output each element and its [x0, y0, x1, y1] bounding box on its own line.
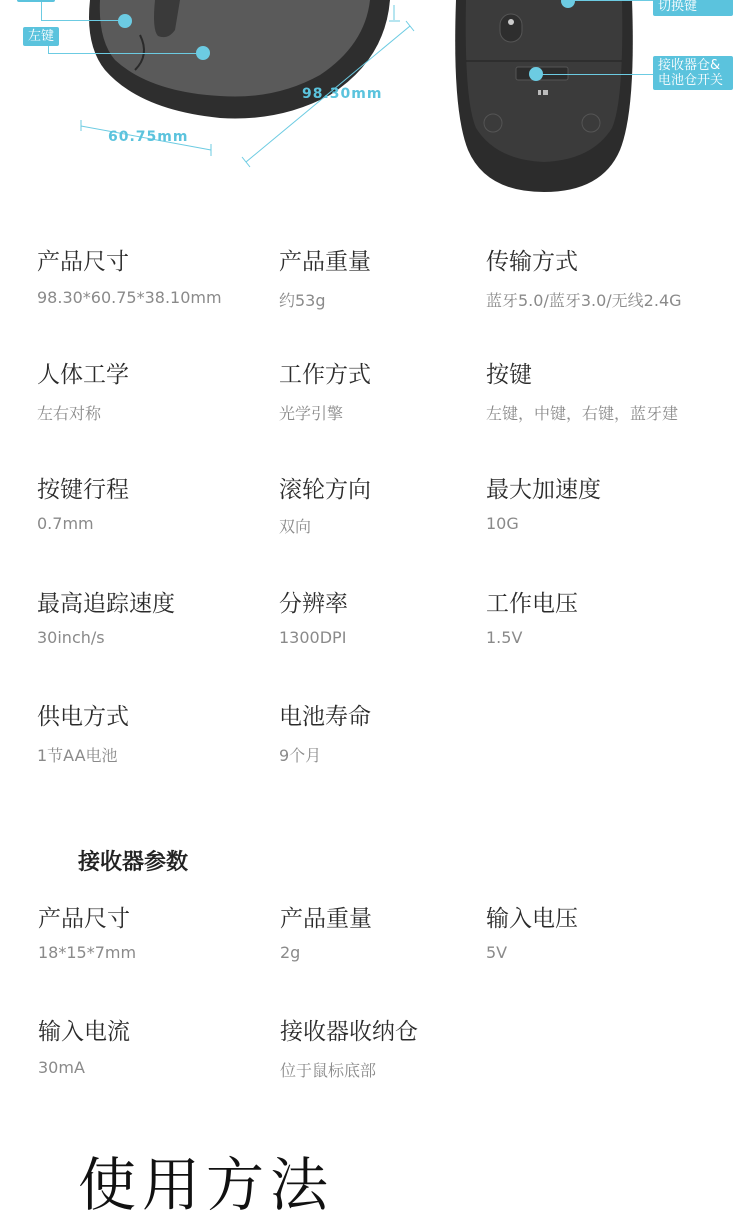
spec-label: 产品重量: [280, 900, 372, 933]
spec-value: 18*15*7mm: [38, 943, 136, 962]
spec-label: 产品尺寸: [37, 243, 129, 276]
spec-value: 左右对称: [37, 401, 101, 424]
spec-value: 左键，中键，右键，蓝牙建: [486, 401, 678, 424]
spec-value: 0.7mm: [37, 514, 94, 533]
spec-value: 1.5V: [486, 628, 522, 647]
spec-label: 传输方式: [486, 243, 578, 276]
callout-line: [540, 74, 654, 75]
product-image-area: 左键 60.75mm 98.30mm 切换键 接收器仓& 电池仓开关: [0, 0, 748, 200]
spec-label: 接收器收纳仓: [280, 1013, 418, 1046]
spec-label: 滚轮方向: [279, 471, 371, 504]
spec-value: 蓝牙5.0/蓝牙3.0/无线2.4G: [486, 288, 682, 311]
spec-value: 位于鼠标底部: [280, 1058, 376, 1081]
dimension-lines: [0, 0, 440, 170]
spec-label: 人体工学: [37, 356, 129, 389]
receiver-section-title: 接收器参数: [78, 845, 188, 876]
callout-switch-key: 切换键: [653, 0, 733, 16]
spec-label: 输入电压: [486, 900, 578, 933]
spec-label: 最大加速度: [486, 471, 601, 504]
dimension-length-label: 98.30mm: [302, 86, 382, 102]
callout-line2: 电池仓开关: [658, 73, 728, 88]
spec-value: 双向: [279, 514, 311, 537]
spec-label: 分辨率: [279, 585, 348, 618]
spec-value: 光学引擎: [279, 401, 343, 424]
spec-label: 按键行程: [37, 471, 129, 504]
dimension-width-label: 60.75mm: [108, 129, 188, 145]
spec-value: 2g: [280, 943, 300, 962]
spec-label: 供电方式: [37, 698, 129, 731]
spec-label: 工作电压: [486, 585, 578, 618]
spec-label: 产品尺寸: [38, 900, 130, 933]
spec-value: 9个月: [279, 743, 321, 766]
mouse-bottom-view-image: [452, 0, 636, 195]
spec-value: 98.30*60.75*38.10mm: [37, 288, 222, 307]
callout-receiver-battery-switch: 接收器仓& 电池仓开关: [653, 56, 733, 90]
spec-value: 1节AA电池: [37, 743, 118, 766]
spec-label: 按键: [486, 356, 532, 389]
callout-line: [570, 0, 654, 1]
spec-label: 产品重量: [279, 243, 371, 276]
spec-value: 5V: [486, 943, 507, 962]
spec-value: 30inch/s: [37, 628, 105, 647]
spec-label: 最高追踪速度: [37, 585, 175, 618]
spec-value: 1300DPI: [279, 628, 346, 647]
usage-section-title: 使用方法: [78, 1138, 334, 1220]
spec-value: 10G: [486, 514, 519, 533]
spec-value: 约53g: [279, 288, 326, 311]
spec-label: 电池寿命: [279, 698, 371, 731]
spec-label: 工作方式: [279, 356, 371, 389]
spec-value: 30mA: [38, 1058, 85, 1077]
callout-line1: 接收器仓&: [658, 58, 728, 73]
spec-label: 输入电流: [38, 1013, 130, 1046]
